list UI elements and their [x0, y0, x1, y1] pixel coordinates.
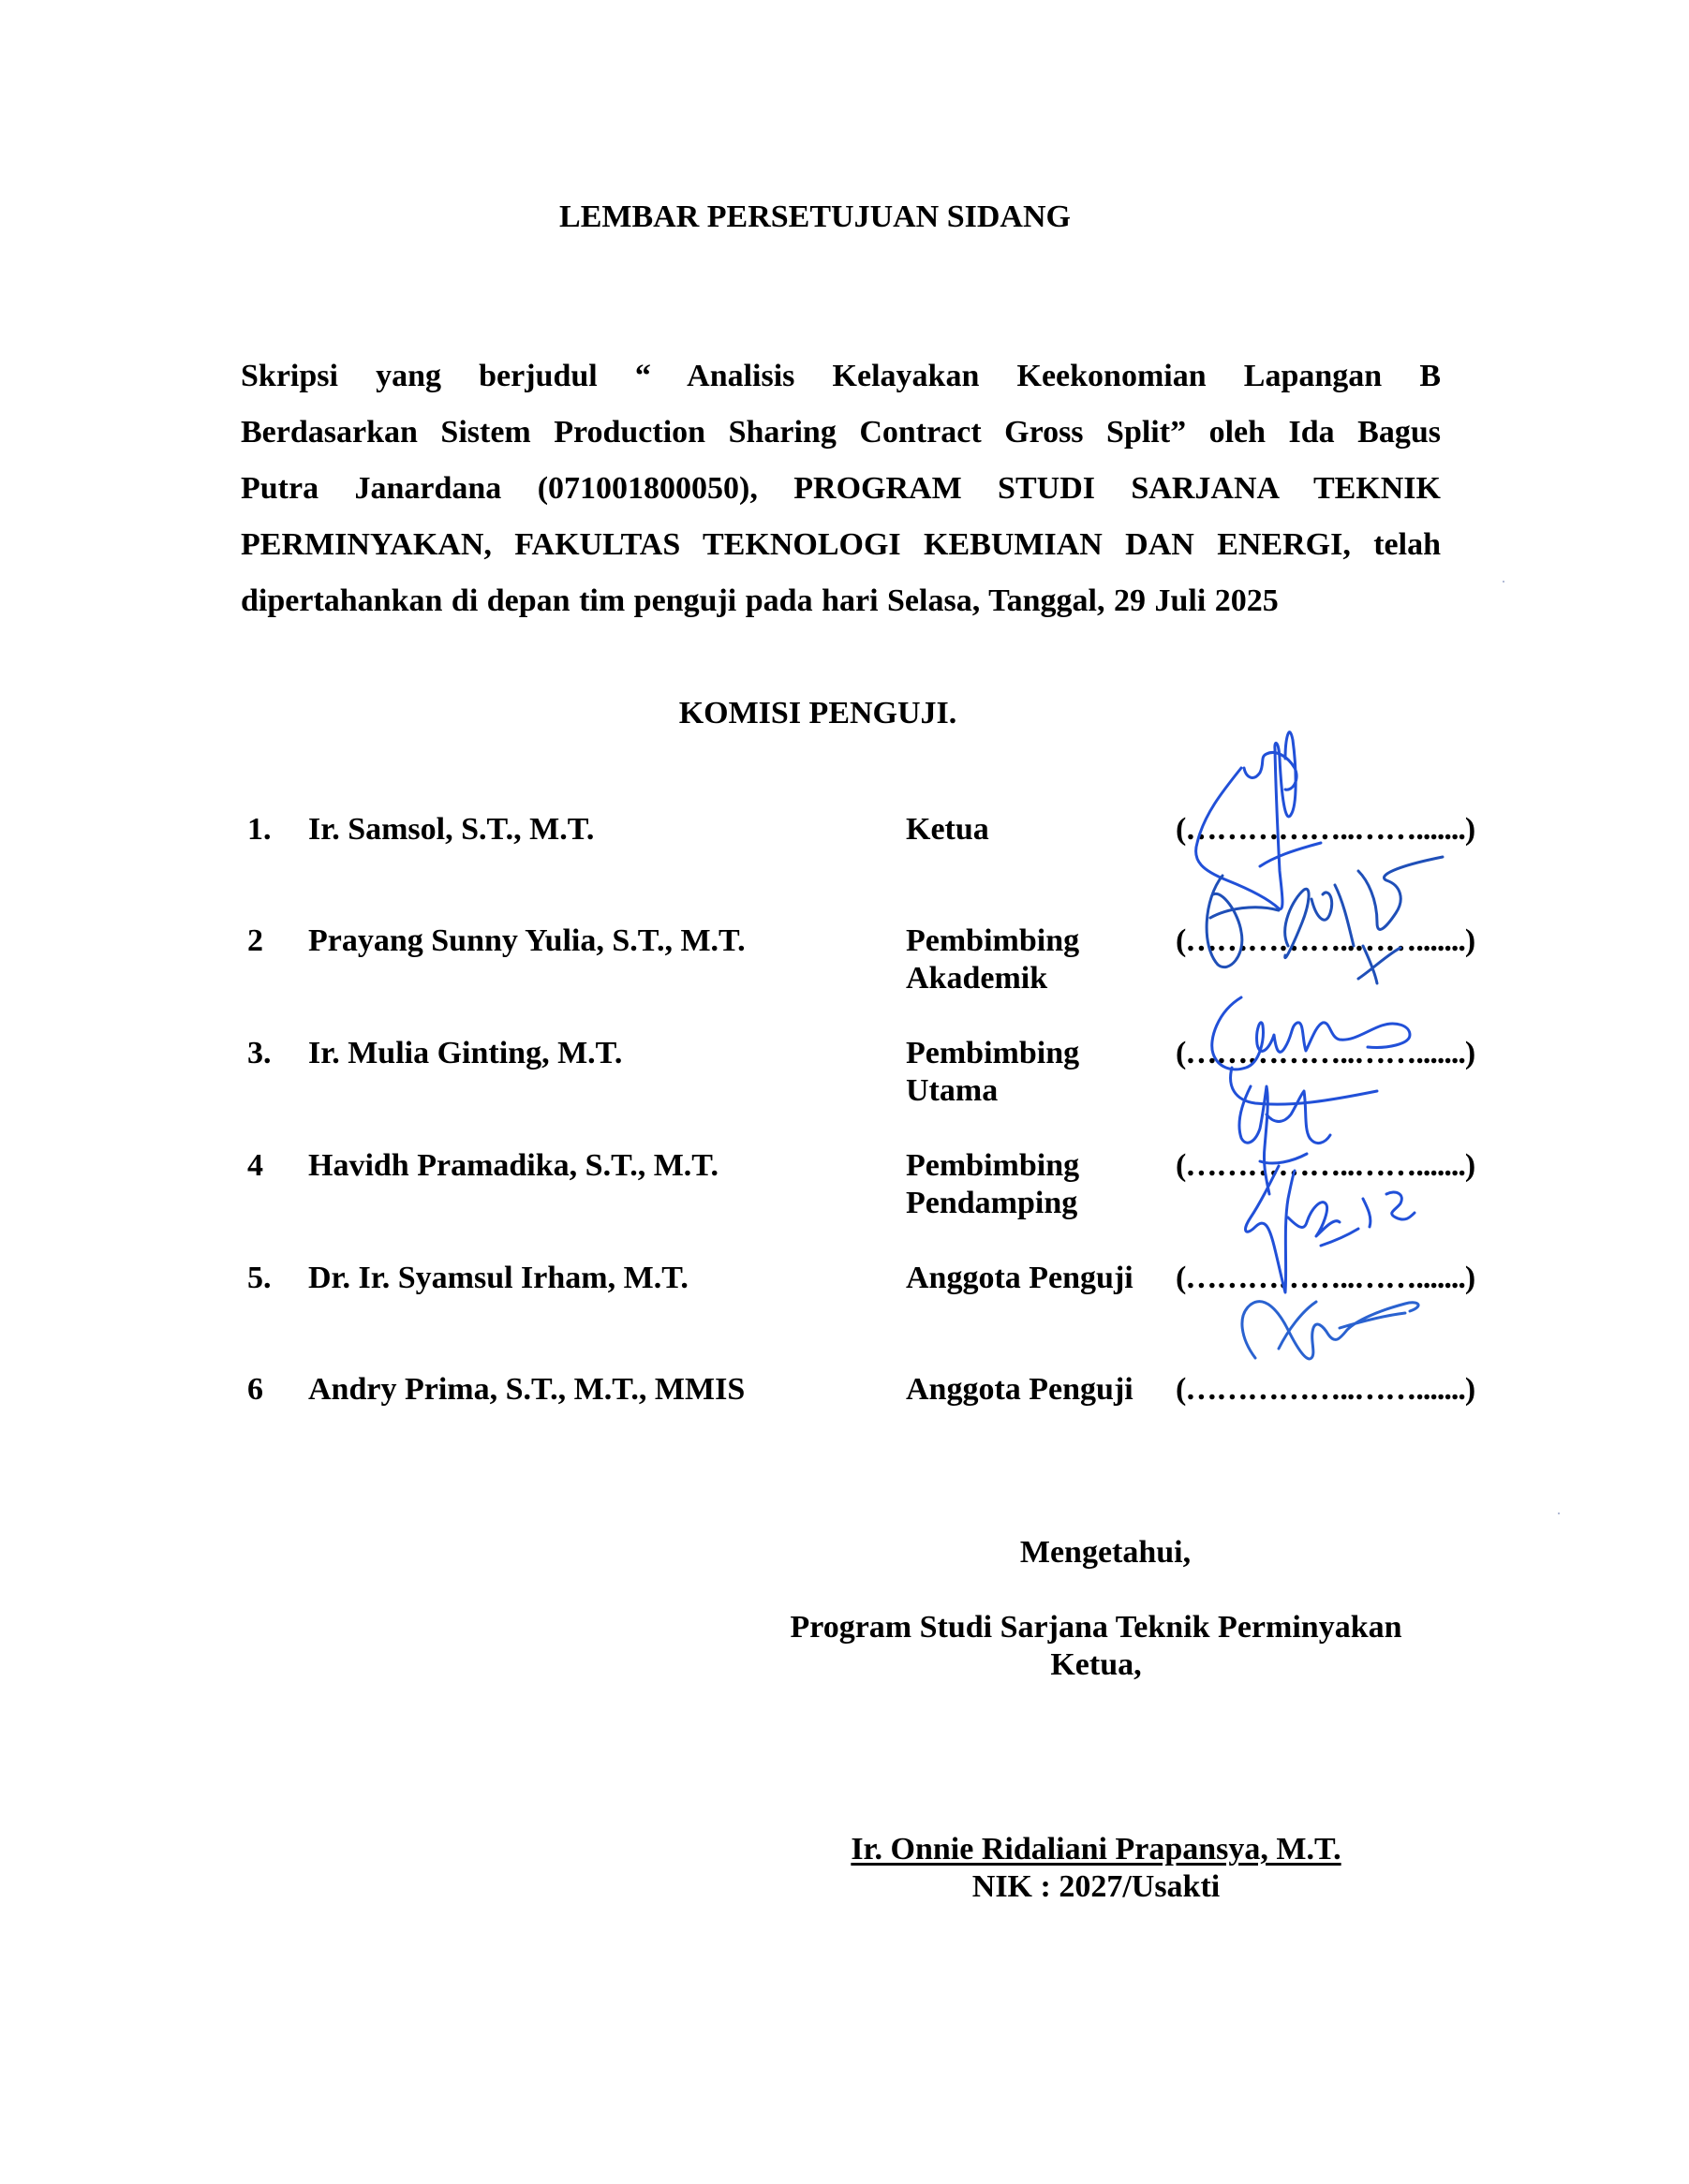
statement-line: Putra Janardana (071001800050), PROGRAM … [241, 461, 1441, 517]
signature-field: (……………..…….......) [1176, 1147, 1474, 1185]
head-of-program-name: Ir. Onnie Ridaliani Prapansya, M.T. [775, 1831, 1417, 1868]
acknowledgement-program: Program Studi Sarjana Teknik Perminyakan [775, 1609, 1417, 1646]
committee-member-row: 5. Dr. Ir. Syamsul Irham, M.T. Anggota P… [0, 1260, 1689, 1353]
member-number: 5. [247, 1260, 272, 1297]
scan-speck [1503, 581, 1504, 583]
committee-member-row: 4 Havidh Pramadika, S.T., M.T. Pembimbin… [0, 1147, 1689, 1241]
member-role: Pembimbing Akademik [906, 922, 1079, 997]
signature-field: (……………..…….......) [1176, 1260, 1474, 1297]
statement-line: Skripsi yang berjudul “ Analisis Kelayak… [241, 348, 1441, 405]
member-name: Andry Prima, S.T., M.T., MMIS [308, 1371, 745, 1409]
acknowledgement-role: Ketua, [775, 1646, 1417, 1684]
statement-line: Berdasarkan Sistem Production Sharing Co… [241, 405, 1441, 461]
member-number: 1. [247, 811, 272, 849]
member-role: Pembimbing Pendamping [906, 1147, 1079, 1222]
member-number: 3. [247, 1035, 272, 1072]
member-name: Havidh Pramadika, S.T., M.T. [308, 1147, 719, 1185]
member-name: Ir. Mulia Ginting, M.T. [308, 1035, 622, 1072]
statement-line: PERMINYAKAN, FAKULTAS TEKNOLOGI KEBUMIAN… [241, 517, 1441, 573]
signature-field: (……………..…….......) [1176, 922, 1474, 960]
head-of-program-nik: NIK : 2027/Usakti [775, 1868, 1417, 1906]
member-name: Prayang Sunny Yulia, S.T., M.T. [308, 922, 746, 960]
member-role: Anggota Penguji [906, 1260, 1133, 1297]
page-title: LEMBAR PERSETUJUAN SIDANG [0, 199, 1630, 236]
member-role: Anggota Penguji [906, 1371, 1133, 1409]
committee-heading: KOMISI PENGUJI. [0, 695, 1636, 732]
signature-field: (……………..…….......) [1176, 1035, 1474, 1072]
member-name: Ir. Samsol, S.T., M.T. [308, 811, 594, 849]
acknowledgement-label: Mengetahui, [1012, 1534, 1199, 1572]
member-name: Dr. Ir. Syamsul Irham, M.T. [308, 1260, 689, 1297]
member-role: Pembimbing Utama [906, 1035, 1079, 1110]
approval-statement: Skripsi yang berjudul “ Analisis Kelayak… [241, 348, 1441, 629]
committee-member-row: 6 Andry Prima, S.T., M.T., MMIS Anggota … [0, 1371, 1689, 1465]
member-number: 2 [247, 922, 263, 960]
statement-line: dipertahankan di depan tim penguji pada … [241, 573, 1441, 629]
signature-field: (……………..…….......) [1176, 811, 1474, 849]
scan-speck [1558, 1513, 1560, 1514]
committee-member-row: 2 Prayang Sunny Yulia, S.T., M.T. Pembim… [0, 922, 1689, 1016]
member-number: 4 [247, 1147, 263, 1185]
member-role: Ketua [906, 811, 989, 849]
member-number: 6 [247, 1371, 263, 1409]
committee-member-row: 3. Ir. Mulia Ginting, M.T. Pembimbing Ut… [0, 1035, 1689, 1129]
signature-field: (……………..…….......) [1176, 1371, 1474, 1409]
committee-member-row: 1. Ir. Samsol, S.T., M.T. Ketua (……………..… [0, 811, 1689, 905]
